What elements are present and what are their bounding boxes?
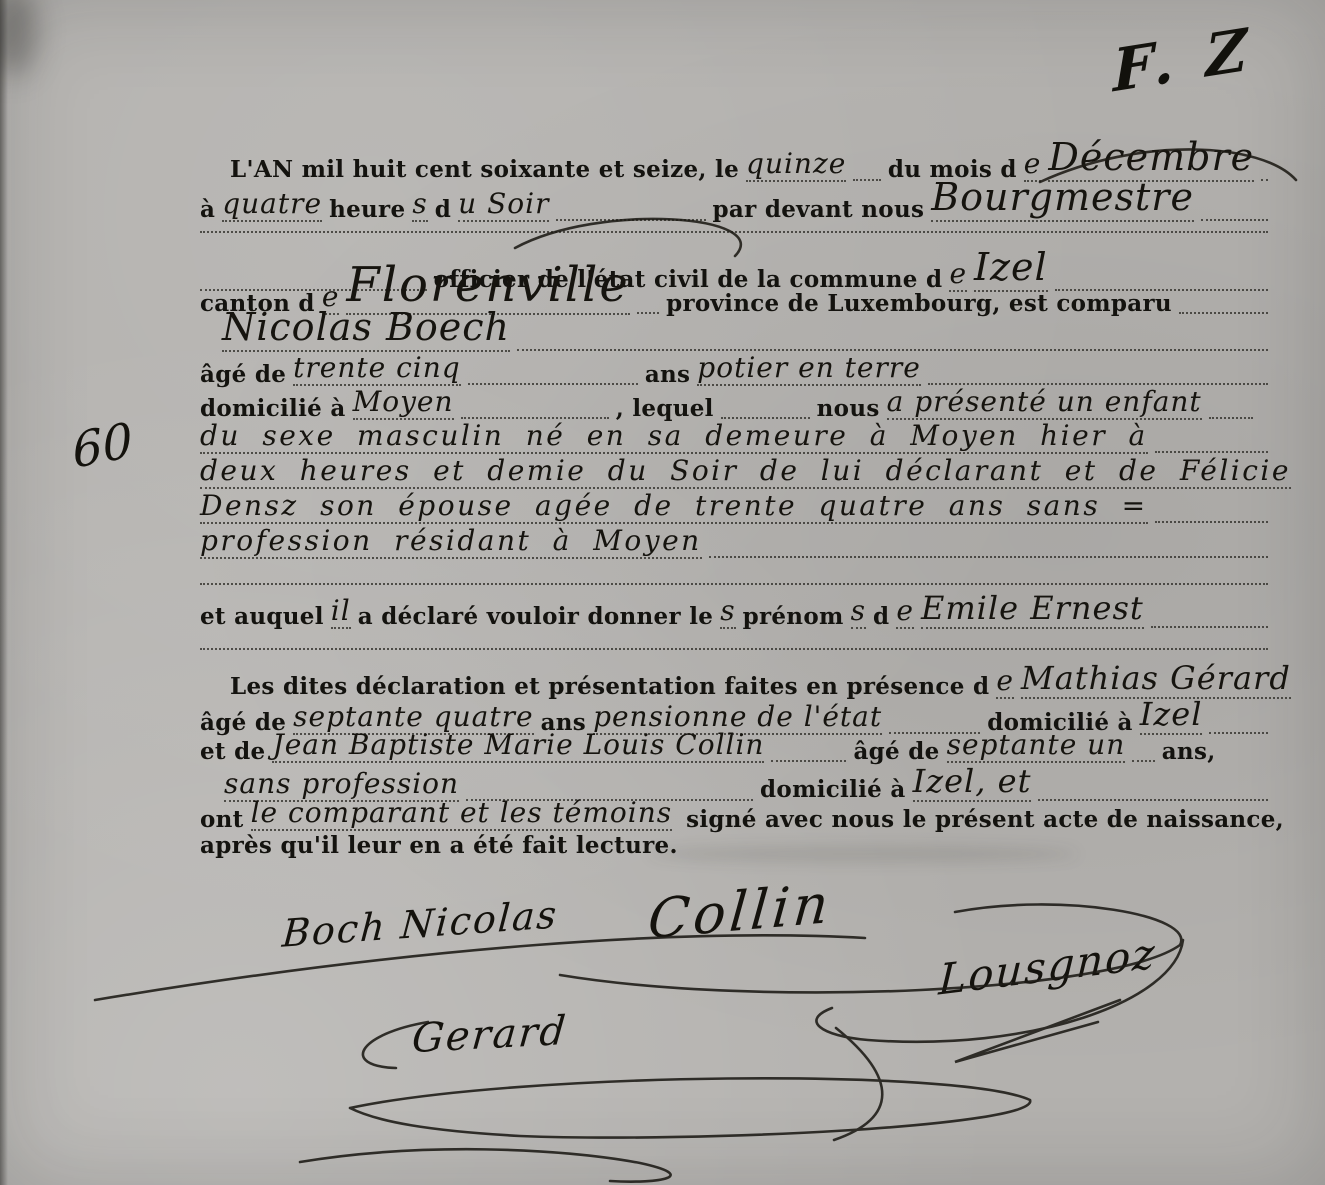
signature-witness-gerard: Gerard bbox=[410, 1008, 569, 1062]
handwritten-connector: s bbox=[412, 188, 427, 222]
act-number-margin: 60 bbox=[70, 412, 135, 480]
printed-text: ans bbox=[645, 362, 690, 388]
handwritten-body-text: profession résidant à Moyen bbox=[200, 525, 702, 559]
handwritten-time-of-day: u Soir bbox=[458, 188, 549, 222]
dotted-rule bbox=[200, 231, 1268, 233]
handwritten-plural-s: s bbox=[720, 595, 735, 629]
dotted-rule bbox=[1155, 451, 1268, 453]
dotted-rule bbox=[200, 648, 1268, 650]
printed-text: ans, bbox=[1162, 739, 1216, 765]
dotted-rule bbox=[200, 583, 1268, 585]
printed-text: d bbox=[873, 604, 889, 630]
dotted-rule bbox=[709, 556, 1268, 558]
collin-descender-flourish bbox=[834, 1028, 882, 1140]
line-hour-officer: à quatre heure s d u Soir par devant nou… bbox=[200, 176, 1268, 227]
boch-underline-flourish bbox=[95, 935, 865, 1000]
handwritten-age: trente cinq bbox=[293, 352, 461, 386]
dotted-rule bbox=[468, 383, 638, 385]
handwritten-pronoun: il bbox=[331, 595, 351, 629]
officer-paraph-flourish bbox=[955, 1000, 1120, 1062]
signature-declarant: Boch Nicolas bbox=[281, 892, 560, 956]
printed-text: et auquel bbox=[200, 604, 324, 630]
printed-text: par devant nous bbox=[713, 197, 925, 223]
printed-text: signé avec nous le présent acte de naiss… bbox=[686, 807, 1284, 833]
handwritten-body-text: deux heures et demie du Soir de lui décl… bbox=[200, 455, 1291, 489]
handwritten-connector: e bbox=[896, 595, 914, 629]
handwritten-connector: e bbox=[996, 665, 1014, 699]
handwritten-witness2-domicile: Izel, et bbox=[913, 763, 1032, 802]
birth-record-scan: F. Z 60 L'AN mil huit cent soixante et s… bbox=[0, 0, 1325, 1185]
printed-text: prénom bbox=[743, 604, 844, 630]
printed-text: à bbox=[200, 197, 215, 223]
handwritten-witness2-name: Jean Baptiste Marie Louis Collin bbox=[272, 729, 764, 763]
dotted-rule bbox=[1155, 521, 1268, 523]
dotted-rule bbox=[1151, 626, 1268, 628]
handwritten-signers: le comparant et les témoins bbox=[251, 797, 673, 831]
printed-text: a déclaré vouloir donner le bbox=[358, 604, 714, 630]
gerard-bottom-flourish bbox=[300, 1149, 671, 1181]
dotted-rule bbox=[771, 760, 846, 762]
line-closing-clause: après qu'il leur en a été fait lecture. bbox=[200, 833, 1268, 862]
signature-witness-collin: Collin bbox=[646, 872, 835, 952]
dotted-rule bbox=[1132, 760, 1155, 762]
printed-text: ont bbox=[200, 807, 244, 833]
dotted-rule bbox=[1201, 219, 1268, 221]
line-body-4: profession résidant à Moyen bbox=[200, 525, 1268, 564]
handwritten-domicile: Moyen bbox=[353, 386, 454, 420]
line-declarant-name: Nicolas Boech bbox=[200, 306, 1268, 357]
handwritten-profession: potier en terre bbox=[697, 352, 921, 386]
printed-text: et de bbox=[200, 739, 265, 765]
printed-text: heure bbox=[329, 197, 405, 223]
printed-text: d bbox=[435, 197, 451, 223]
dotted-rule bbox=[556, 219, 705, 221]
handwritten-officer-title: Bourgmestre bbox=[931, 176, 1194, 222]
handwritten-witness2-age: septante un bbox=[947, 729, 1126, 763]
printed-text: après qu'il leur en a été fait lecture. bbox=[200, 833, 678, 859]
handwritten-body-text: du sexe masculin né en sa demeure à Moye… bbox=[200, 420, 1148, 454]
scan-corner-blot bbox=[0, 0, 36, 76]
handwritten-hour: quatre bbox=[222, 188, 322, 222]
printed-text: âgé de bbox=[200, 362, 286, 388]
scan-edge-shadow bbox=[0, 0, 8, 1185]
handwritten-plural-s: s bbox=[851, 595, 866, 629]
signature-officer: Lousgnoz bbox=[938, 928, 1158, 1004]
handwritten-declarant-name: Nicolas Boech bbox=[222, 306, 510, 352]
handwritten-witness1-name: Mathias Gérard bbox=[1021, 660, 1291, 699]
handwritten-presentation: a présenté un enfant bbox=[887, 386, 1202, 420]
dotted-rule bbox=[1209, 417, 1253, 419]
handwritten-child-names: Emile Ernest bbox=[921, 590, 1144, 629]
gerard-oval-flourish bbox=[350, 1078, 1030, 1137]
corner-paraph: F. Z bbox=[1112, 15, 1254, 106]
line-signing-clause: ont le comparant et les témoins signé av… bbox=[200, 797, 1268, 836]
handwritten-body-text: Densz son épouse agée de trente quatre a… bbox=[200, 490, 1148, 524]
line-given-names: et auquel il a déclaré vouloir donner le… bbox=[200, 590, 1268, 634]
